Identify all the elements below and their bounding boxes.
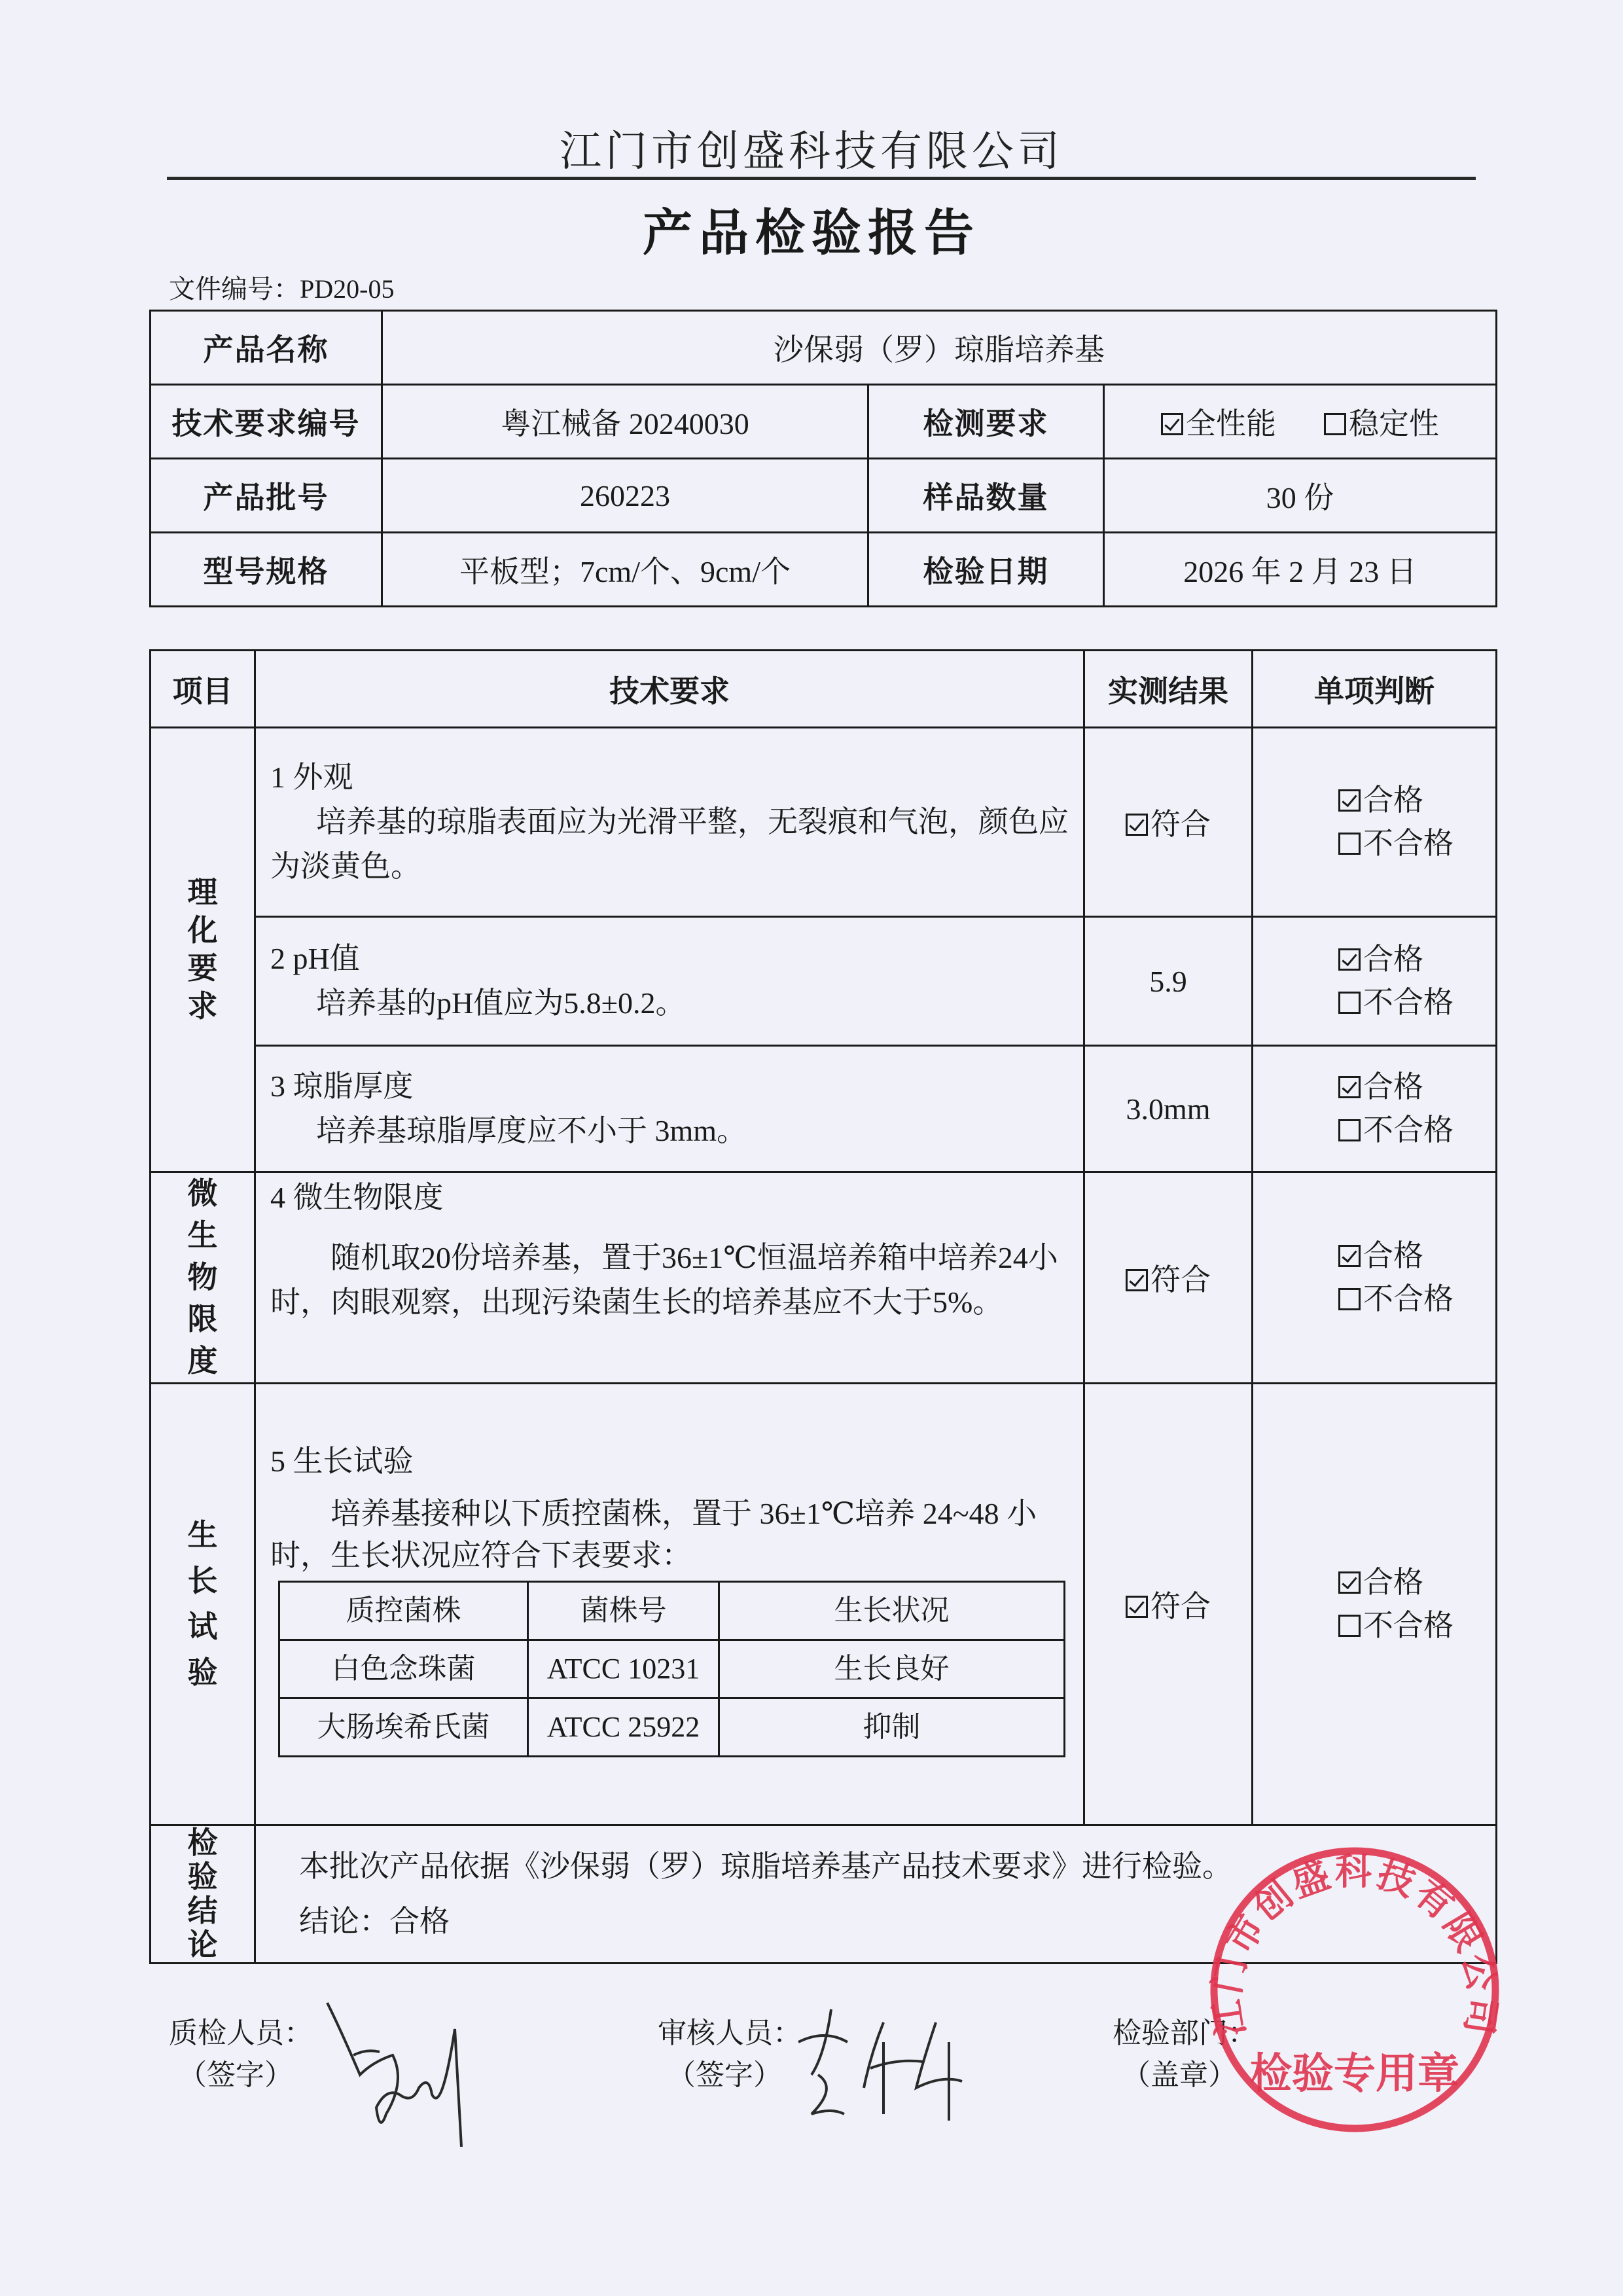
requirement-title: 1 外观 [270,755,1070,800]
test-req-label: 检测要求 [868,385,1104,459]
header-tech-req: 技术要求 [255,651,1084,728]
fail-label: 不合格 [1363,1282,1454,1316]
result-checkbox[interactable] [1126,814,1148,836]
row-product-name: 产品名称 沙保弱（罗）琼脂培养基 [151,311,1497,385]
pass-label: 合格 [1363,942,1423,976]
result-row-microbial: 微生物限度 4 微生物限度 随机取20份培养基，置于36±1℃恒温培养箱中培养2… [151,1172,1497,1384]
strain-growth: 抑制 [719,1698,1065,1757]
group-physicochemical: 理化要求 [151,728,255,1172]
result-value: 符合 [1150,1263,1211,1297]
strain-row: 白色念珠菌 ATCC 10231 生长良好 [279,1640,1065,1698]
model-label: 型号规格 [151,533,382,607]
strain-name: 白色念珠菌 [279,1640,528,1698]
fail-checkbox[interactable] [1338,833,1361,855]
pass-checkbox[interactable] [1338,948,1361,971]
requirement-text: 随机取20份培养基，置于36±1℃恒温培养箱中培养24小时，肉眼观察，出现污染菌… [270,1236,1070,1325]
strain-header-name: 质控菌株 [279,1582,528,1640]
full-performance-label: 全性能 [1186,407,1276,440]
result-checkbox[interactable] [1126,1596,1148,1618]
result-row-appearance: 理化要求 1 外观 培养基的琼脂表面应为光滑平整，无裂痕和气泡，颜色应为淡黄色。… [151,728,1497,917]
pass-checkbox[interactable] [1338,1571,1361,1594]
header-result: 实测结果 [1084,651,1253,728]
requirement-text: 培养基的pH值应为5.8±0.2。 [270,981,1070,1026]
strain-growth: 生长良好 [719,1640,1065,1698]
result-cell: 符合 [1084,728,1253,917]
strain-table: 质控菌株 菌株号 生长状况 白色念珠菌 ATCC 10231 生长良好 大肠埃希… [278,1581,1065,1757]
stability-label: 稳定性 [1349,407,1439,440]
batch-value: 260223 [382,459,868,533]
row-model: 型号规格 平板型；7cm/个、9cm/个 检验日期 2026 年 2 月 23 … [151,533,1497,607]
reviewer-signature [785,2003,995,2127]
strain-row: 大肠埃希氏菌 ATCC 25922 抑制 [279,1698,1065,1757]
fail-label: 不合格 [1363,1609,1454,1642]
result-row-ph: 2 pH值 培养基的pH值应为5.8±0.2。 5.9 合格 不合格 [151,917,1497,1046]
document-number: 文件编号：PD20-05 [169,268,394,306]
product-name-label: 产品名称 [151,311,382,385]
strain-header-row: 质控菌株 菌株号 生长状况 [279,1582,1065,1640]
requirement-cell: 4 微生物限度 随机取20份培养基，置于36±1℃恒温培养箱中培养24小时，肉眼… [255,1172,1084,1384]
pass-label: 合格 [1363,1566,1423,1599]
group-microbial: 微生物限度 [151,1172,255,1384]
stability-checkbox[interactable] [1324,413,1346,435]
requirement-title: 3 琼脂厚度 [270,1064,1070,1109]
fail-checkbox[interactable] [1338,1119,1361,1141]
requirement-cell: 1 外观 培养基的琼脂表面应为光滑平整，无裂痕和气泡，颜色应为淡黄色。 [255,728,1084,917]
result-value: 5.9 [1084,917,1253,1046]
judgement-cell: 合格 不合格 [1253,917,1497,1046]
fail-checkbox[interactable] [1338,1615,1361,1637]
test-date-value: 2026 年 2 月 23 日 [1104,533,1497,607]
stamp-ring-text: 江门市创盛科技有限公司 [1205,1851,1504,2039]
inspector-sub: （签字） [169,2054,313,2096]
pass-checkbox[interactable] [1338,1245,1361,1267]
results-header-row: 项目 技术要求 实测结果 单项判断 [151,651,1497,728]
model-value: 平板型；7cm/个、9cm/个 [382,533,868,607]
result-value: 3.0mm [1084,1046,1253,1172]
fail-checkbox[interactable] [1338,1288,1361,1310]
strain-header-id: 菌株号 [528,1582,719,1640]
pass-checkbox[interactable] [1338,789,1361,812]
inspection-results-table: 项目 技术要求 实测结果 单项判断 理化要求 1 外观 培养基的琼脂表面应为光滑… [149,649,1497,1964]
requirement-cell: 2 pH值 培养基的pH值应为5.8±0.2。 [255,917,1084,1046]
strain-name: 大肠埃希氏菌 [279,1698,528,1757]
report-title: 产品检验报告 [0,193,1623,264]
test-date-label: 检验日期 [868,533,1104,607]
row-batch: 产品批号 260223 样品数量 30 份 [151,459,1497,533]
fail-checkbox[interactable] [1338,992,1361,1014]
reviewer-signature-block: 审核人员： （签字） [658,2013,802,2096]
judgement-cell: 合格 不合格 [1253,1046,1497,1172]
pass-label: 合格 [1363,1239,1423,1272]
requirement-text: 培养基琼脂厚度应不小于 3mm。 [270,1109,1070,1153]
result-value: 符合 [1150,1590,1211,1623]
pass-label: 合格 [1363,1070,1423,1103]
product-info-table: 产品名称 沙保弱（罗）琼脂培养基 技术要求编号 粤江械备 20240030 检测… [149,310,1497,607]
result-cell: 符合 [1084,1172,1253,1384]
inspector-signature-block: 质检人员： （签字） [169,2013,313,2096]
fail-label: 不合格 [1363,986,1454,1019]
batch-label: 产品批号 [151,459,382,533]
inspector-signature [314,1990,497,2153]
requirement-title: 2 pH值 [270,937,1070,981]
pass-label: 合格 [1363,783,1423,817]
svg-text:江门市创盛科技有限公司: 江门市创盛科技有限公司 [1205,1851,1504,2039]
header-divider [167,177,1476,180]
tech-req-no-value: 粤江械备 20240030 [382,385,868,459]
sample-qty-label: 样品数量 [868,459,1104,533]
company-name: 江门市创盛科技有限公司 [0,118,1623,178]
tech-req-no-label: 技术要求编号 [151,385,382,459]
inspector-label: 质检人员： [169,2013,313,2054]
requirement-cell: 3 琼脂厚度 培养基琼脂厚度应不小于 3mm。 [255,1046,1084,1172]
judgement-cell: 合格 不合格 [1253,1384,1497,1825]
requirement-cell: 5 生长试验 培养基接种以下质控菌株，置于 36±1℃培养 24~48 小时，生… [255,1384,1084,1825]
result-cell: 符合 [1084,1384,1253,1825]
row-tech-req: 技术要求编号 粤江械备 20240030 检测要求 全性能 稳定性 [151,385,1497,459]
header-item: 项目 [151,651,255,728]
inspection-seal-stamp: 江门市创盛科技有限公司 检验专用章 [1198,1833,1512,2140]
test-req-options: 全性能 稳定性 [1104,385,1497,459]
fail-label: 不合格 [1363,827,1454,860]
strain-id: ATCC 25922 [528,1698,719,1757]
requirement-title: 5 生长试验 [270,1441,1070,1482]
result-checkbox[interactable] [1126,1269,1148,1291]
requirement-text: 培养基接种以下质控菌株，置于 36±1℃培养 24~48 小时，生长状况应符合下… [270,1493,1070,1577]
sample-qty-value: 30 份 [1104,459,1497,533]
pass-checkbox[interactable] [1338,1076,1361,1098]
stamp-center-text: 检验专用章 [1250,2050,1459,2098]
strain-header-growth: 生长状况 [719,1582,1065,1640]
product-name-value: 沙保弱（罗）琼脂培养基 [382,311,1497,385]
result-row-thickness: 3 琼脂厚度 培养基琼脂厚度应不小于 3mm。 3.0mm 合格 不合格 [151,1046,1497,1172]
full-performance-checkbox[interactable] [1161,413,1183,435]
result-row-growth: 生长试验 5 生长试验 培养基接种以下质控菌株，置于 36±1℃培养 24~48… [151,1384,1497,1825]
requirement-text: 培养基的琼脂表面应为光滑平整，无裂痕和气泡，颜色应为淡黄色。 [270,800,1070,889]
result-value: 符合 [1150,808,1211,841]
header-judgement: 单项判断 [1253,651,1497,728]
reviewer-sub: （签字） [658,2054,802,2096]
requirement-title: 4 微生物限度 [270,1175,1070,1220]
group-growth: 生长试验 [151,1384,255,1825]
strain-id: ATCC 10231 [528,1640,719,1698]
group-conclusion: 检验结论 [151,1825,255,1964]
fail-label: 不合格 [1363,1113,1454,1147]
judgement-cell: 合格 不合格 [1253,1172,1497,1384]
reviewer-label: 审核人员： [658,2013,802,2054]
judgement-cell: 合格 不合格 [1253,728,1497,917]
